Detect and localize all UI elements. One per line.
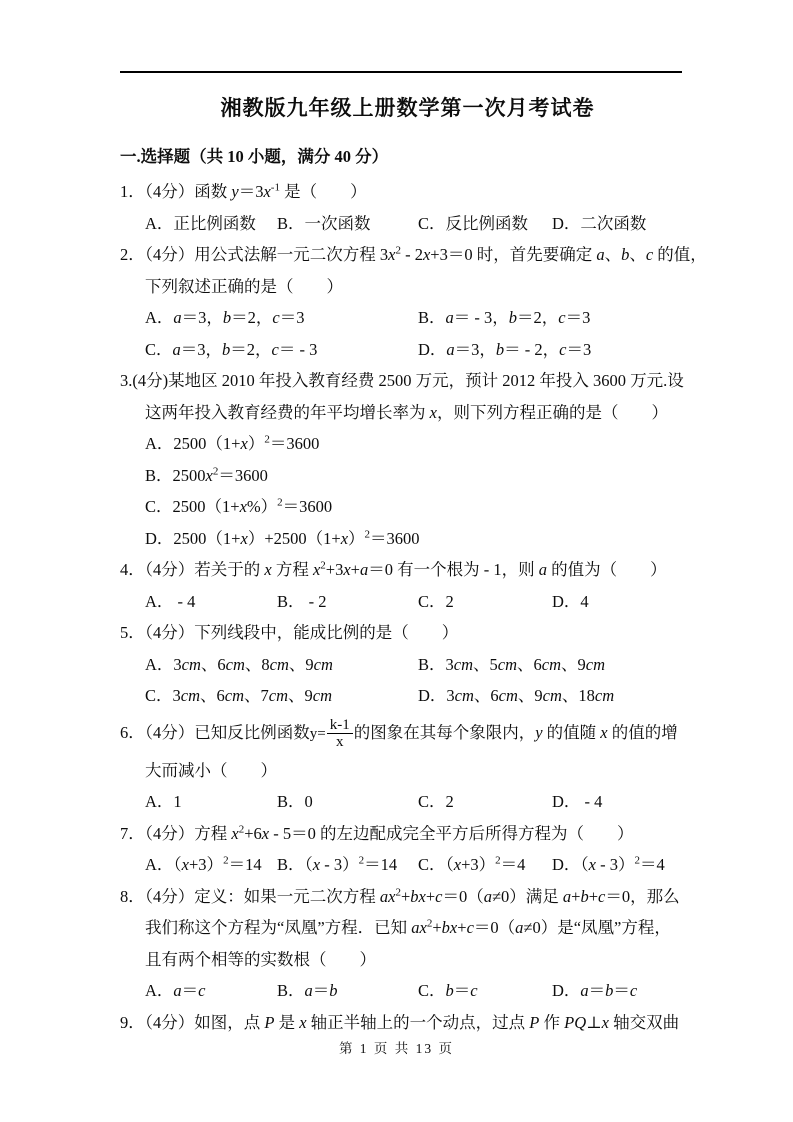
page-content: 湘教版九年级上册数学第一次月考试卷 一.选择题（共 10 小题，满分 40 分）…: [120, 84, 695, 1038]
question-6: 6．（4分）已知反比例函数y=k-1x的图象在其每个象限内，y 的值随 x 的值…: [120, 712, 695, 818]
question-9-text: 9．（4分）如图，点 P 是 x 轴正半轴上的一个动点，过点 P 作 PQ⊥x …: [120, 1007, 695, 1039]
question-5: 5．（4分）下列线段中，能成比例的是（ ） A．3cm、6cm、8cm、9cm …: [120, 617, 695, 712]
question-2: 2．（4分）用公式法解一元二次方程 3x2 - 2x+3＝0 时，首先要确定 a…: [120, 239, 695, 365]
question-5-option-a: A．3cm、6cm、8cm、9cm: [145, 649, 418, 681]
question-1-options: A．正比例函数 B．一次函数 C．反比例函数 D．二次函数: [120, 208, 695, 240]
question-6-option-b: B．0: [277, 786, 418, 818]
question-1-option-c: C．反比例函数: [418, 208, 552, 240]
question-7-option-a: A．（x+3）2＝14: [145, 849, 277, 881]
question-8-option-d: D．a＝b＝c: [552, 975, 695, 1007]
question-1-text: 1．（4分）函数 y＝3x-1 是（ ）: [120, 176, 695, 208]
footer-page-number: 第 1 页 共 13 页: [0, 1040, 793, 1058]
question-6-text-2: 大而减小（ ）: [120, 755, 695, 787]
question-5-options-row-1: A．3cm、6cm、8cm、9cm B．3cm、5cm、6cm、9cm: [120, 649, 695, 681]
question-1-option-b: B．一次函数: [277, 208, 418, 240]
question-6-options: A．1 B．0 C．2 D． - 4: [120, 786, 695, 818]
question-3-option-b: B．2500x2＝3600: [120, 460, 695, 492]
question-5-option-b: B．3cm、5cm、6cm、9cm: [418, 649, 695, 681]
question-4-option-c: C．2: [418, 586, 552, 618]
question-3-text-2: 这两年投入教育经费的年平均增长率为 x，则下列方程正确的是（ ）: [120, 397, 695, 429]
question-1: 1．（4分）函数 y＝3x-1 是（ ） A．正比例函数 B．一次函数 C．反比…: [120, 176, 695, 239]
question-1-option-d: D．二次函数: [552, 208, 695, 240]
question-2-option-c: C．a＝3，b＝2，c＝ - 3: [145, 334, 418, 366]
question-8: 8．（4分）定义：如果一元二次方程 ax2+bx+c＝0（a≠0）满足 a+b+…: [120, 881, 695, 1007]
question-6-option-c: C．2: [418, 786, 552, 818]
question-2-options-row-1: A．a＝3，b＝2，c＝3 B．a＝ - 3，b＝2，c＝3: [120, 302, 695, 334]
question-2-option-d: D．a＝3，b＝ - 2，c＝3: [418, 334, 695, 366]
question-7-option-b: B．（x - 3）2＝14: [277, 849, 418, 881]
question-2-text-1: 2．（4分）用公式法解一元二次方程 3x2 - 2x+3＝0 时，首先要确定 a…: [120, 239, 695, 271]
question-4-option-b: B． - 2: [277, 586, 418, 618]
exam-paper-page: 湘教版九年级上册数学第一次月考试卷 一.选择题（共 10 小题，满分 40 分）…: [0, 0, 793, 1122]
question-4-text: 4．（4分）若关于的 x 方程 x2+3x+a＝0 有一个根为 - 1，则 a …: [120, 554, 695, 586]
question-3-option-a: A．2500（1+x）2＝3600: [120, 428, 695, 460]
question-4: 4．（4分）若关于的 x 方程 x2+3x+a＝0 有一个根为 - 1，则 a …: [120, 554, 695, 617]
question-5-option-d: D．3cm、6cm、9cm、18cm: [418, 680, 695, 712]
question-4-option-a: A． - 4: [145, 586, 277, 618]
header-rule: [120, 71, 682, 73]
question-7-text: 7．（4分）方程 x2+6x - 5＝0 的左边配成完全平方后所得方程为（ ）: [120, 818, 695, 850]
question-8-text-2: 我们称这个方程为“凤凰”方程．已知 ax2+bx+c＝0（a≠0）是“凤凰”方程…: [120, 912, 695, 944]
question-4-options: A． - 4 B． - 2 C．2 D．4: [120, 586, 695, 618]
question-8-text-3: 且有两个相等的实数根（ ）: [120, 944, 695, 976]
question-8-option-a: A．a＝c: [145, 975, 277, 1007]
question-5-text: 5．（4分）下列线段中，能成比例的是（ ）: [120, 617, 695, 649]
question-7-options: A．（x+3）2＝14 B．（x - 3）2＝14 C．（x+3）2＝4 D．（…: [120, 849, 695, 881]
question-8-options: A．a＝c B．a＝b C．b＝c D．a＝b＝c: [120, 975, 695, 1007]
question-8-option-b: B．a＝b: [277, 975, 418, 1007]
question-6-text-1: 6．（4分）已知反比例函数y=k-1x的图象在其每个象限内，y 的值随 x 的值…: [120, 712, 695, 755]
question-5-options-row-2: C．3cm、6cm、7cm、9cm D．3cm、6cm、9cm、18cm: [120, 680, 695, 712]
question-8-option-c: C．b＝c: [418, 975, 552, 1007]
question-7-option-d: D．（x - 3）2＝4: [552, 849, 695, 881]
question-6-option-d: D． - 4: [552, 786, 695, 818]
question-2-text-2: 下列叙述正确的是（ ）: [120, 271, 695, 303]
question-8-text-1: 8．（4分）定义：如果一元二次方程 ax2+bx+c＝0（a≠0）满足 a+b+…: [120, 881, 695, 913]
question-1-option-a: A．正比例函数: [145, 208, 277, 240]
question-2-option-a: A．a＝3，b＝2，c＝3: [145, 302, 418, 334]
question-2-options-row-2: C．a＝3，b＝2，c＝ - 3 D．a＝3，b＝ - 2，c＝3: [120, 334, 695, 366]
question-3: 3.(4分)某地区 2010 年投入教育经费 2500 万元，预计 2012 年…: [120, 365, 695, 554]
question-4-option-d: D．4: [552, 586, 695, 618]
question-3-text-1: 3.(4分)某地区 2010 年投入教育经费 2500 万元，预计 2012 年…: [120, 365, 695, 397]
question-7: 7．（4分）方程 x2+6x - 5＝0 的左边配成完全平方后所得方程为（ ） …: [120, 818, 695, 881]
question-5-option-c: C．3cm、6cm、7cm、9cm: [145, 680, 418, 712]
question-7-option-c: C．（x+3）2＝4: [418, 849, 552, 881]
question-3-option-c: C．2500（1+x%）2＝3600: [120, 491, 695, 523]
page-title: 湘教版九年级上册数学第一次月考试卷: [120, 94, 695, 122]
question-6-option-a: A．1: [145, 786, 277, 818]
question-3-option-d: D．2500（1+x）+2500（1+x）2＝3600: [120, 523, 695, 555]
question-2-option-b: B．a＝ - 3，b＝2，c＝3: [418, 302, 695, 334]
question-9: 9．（4分）如图，点 P 是 x 轴正半轴上的一个动点，过点 P 作 PQ⊥x …: [120, 1007, 695, 1039]
section-heading: 一.选择题（共 10 小题，满分 40 分）: [120, 142, 695, 172]
